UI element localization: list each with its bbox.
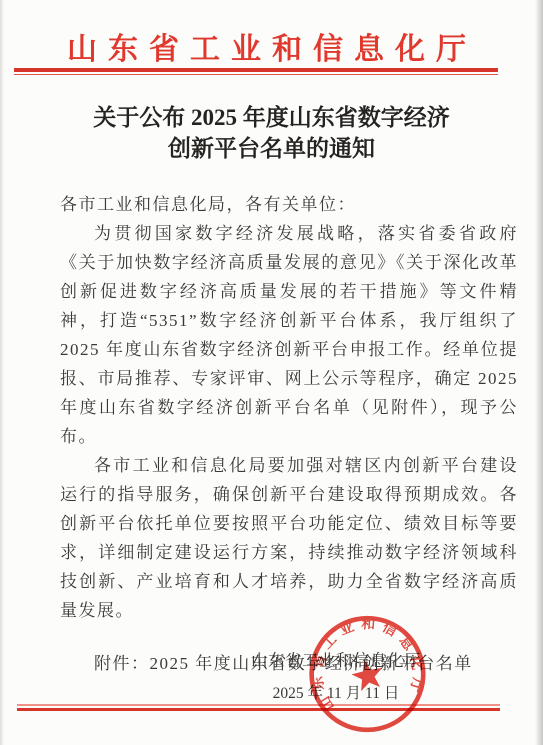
letterhead-divider (14, 68, 498, 75)
letterhead-agency-title: 山东省工业和信息化厅 (0, 24, 533, 68)
seal-star-icon (349, 657, 386, 693)
document-page: 山东省工业和信息化厅 关于公布 2025 年度山东省数字经济创新平台名单的通知 … (0, 0, 543, 745)
scan-edge-left (0, 0, 4, 745)
document-title-line1: 关于公布 2025 年度山东省数字经济 (93, 105, 450, 130)
letterhead-divider-thin-line (14, 74, 498, 76)
official-seal: 山东省工业和信息化厅 (293, 598, 440, 745)
scan-edge-right (535, 0, 543, 745)
body-paragraph-1: 为贯彻国家数字经济发展战略，落实省委省政府《关于加快数字经济高质量发展的意见》《… (60, 219, 518, 451)
salutation-line: 各市工业和信息化局，各有关单位： (60, 190, 518, 219)
document-title: 关于公布 2025 年度山东省数字经济创新平台名单的通知 (0, 102, 543, 164)
body-paragraph-2: 各市工业和信息化局要加强对辖区内创新平台建设运行的指导服务，确保创新平台建设取得… (60, 451, 518, 625)
document-title-line2: 创新平台名单的通知 (168, 136, 375, 161)
document-body: 各市工业和信息化局，各有关单位： 为贯彻国家数字经济发展战略，落实省委省政府《关… (60, 190, 518, 678)
